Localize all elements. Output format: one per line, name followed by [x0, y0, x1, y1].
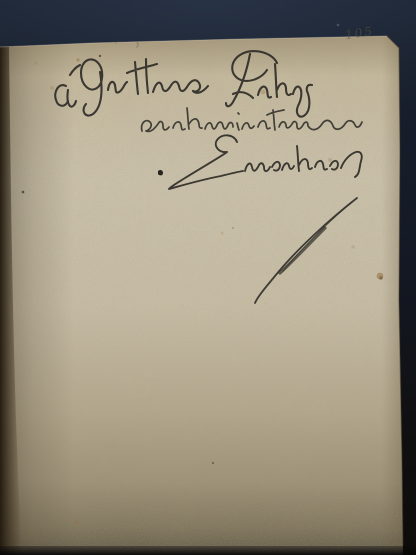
ink-speck [22, 191, 25, 194]
foxing-spot [261, 90, 266, 95]
foxing-spot [221, 232, 224, 235]
foxing-spot [76, 58, 79, 61]
ink-speck [212, 462, 214, 464]
gutter-soft-shadow [0, 44, 74, 555]
page-surface-detail [0, 0, 416, 555]
foxing-spot [351, 245, 355, 249]
foxing-spot [35, 62, 38, 65]
foxing-spot [75, 521, 80, 526]
foxing-spot [328, 158, 332, 162]
foxing-spot [379, 276, 383, 280]
background-speck [337, 24, 340, 27]
foxing-spot [50, 86, 54, 90]
book-photo: 105 à Gustave Kahn son admirateur Verhae… [0, 0, 416, 555]
photo-scene [0, 0, 416, 555]
bottom-shadow-band [0, 546, 416, 555]
book-page [0, 0, 416, 555]
ink-speck [99, 55, 101, 57]
foxing-spot [232, 227, 234, 229]
